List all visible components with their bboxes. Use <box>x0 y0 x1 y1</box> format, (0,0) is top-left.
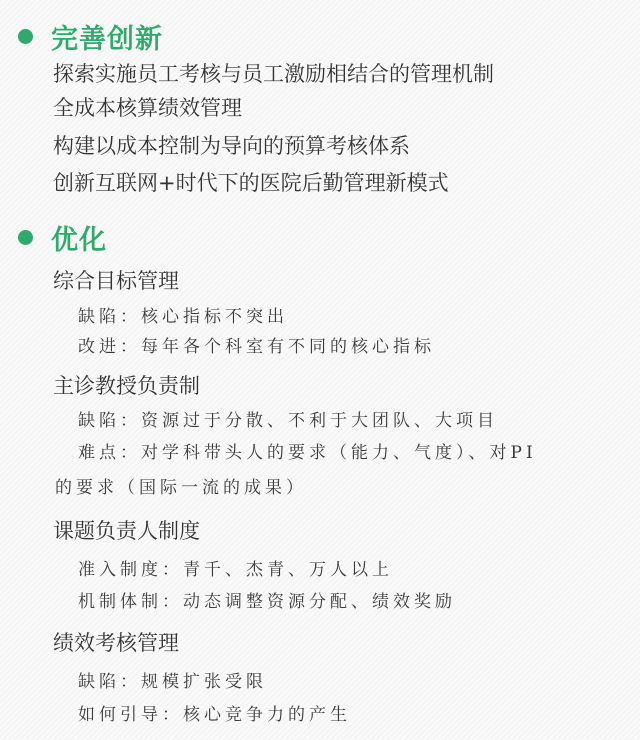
group-line: 机制体制：动态调整资源分配、绩效奖励 <box>78 587 456 612</box>
section-title: 优化 <box>51 218 107 257</box>
section-innovation-header: 完善创新 <box>18 17 163 56</box>
section-optimize-header: 优化 <box>18 218 107 257</box>
group-line: 缺陷：规模扩张受限 <box>78 667 267 692</box>
list-item: 创新互联网+时代下的医院后勤管理新模式 <box>53 167 449 197</box>
watermark <box>405 722 565 736</box>
group-heading: 综合目标管理 <box>53 265 179 295</box>
section-title: 完善创新 <box>51 17 163 56</box>
group-heading: 绩效考核管理 <box>53 627 179 657</box>
list-item: 探索实施员工考核与员工激励相结合的管理机制 <box>53 58 494 88</box>
group-heading: 主诊教授负责制 <box>53 370 200 400</box>
group-line: 缺陷：核心指标不突出 <box>78 302 288 327</box>
group-line: 改进：每年各个科室有不同的核心指标 <box>78 332 435 357</box>
group-heading: 课题负责人制度 <box>53 515 200 545</box>
group-line: 难点：对学科带头人的要求（能力、气度）、对PI <box>78 438 537 463</box>
group-line: 准入制度：青千、杰青、万人以上 <box>78 555 393 580</box>
list-item: 全成本核算绩效管理 <box>53 92 242 122</box>
group-line: 缺陷：资源过于分散、不利于大团队、大项目 <box>78 406 498 431</box>
bullet-dot-icon <box>18 230 33 245</box>
group-line: 如何引导：核心竞争力的产生 <box>78 700 351 725</box>
list-item: 构建以成本控制为导向的预算考核体系 <box>53 130 410 160</box>
bullet-dot-icon <box>18 29 33 44</box>
group-line: 的要求（国际一流的成果） <box>55 473 307 498</box>
